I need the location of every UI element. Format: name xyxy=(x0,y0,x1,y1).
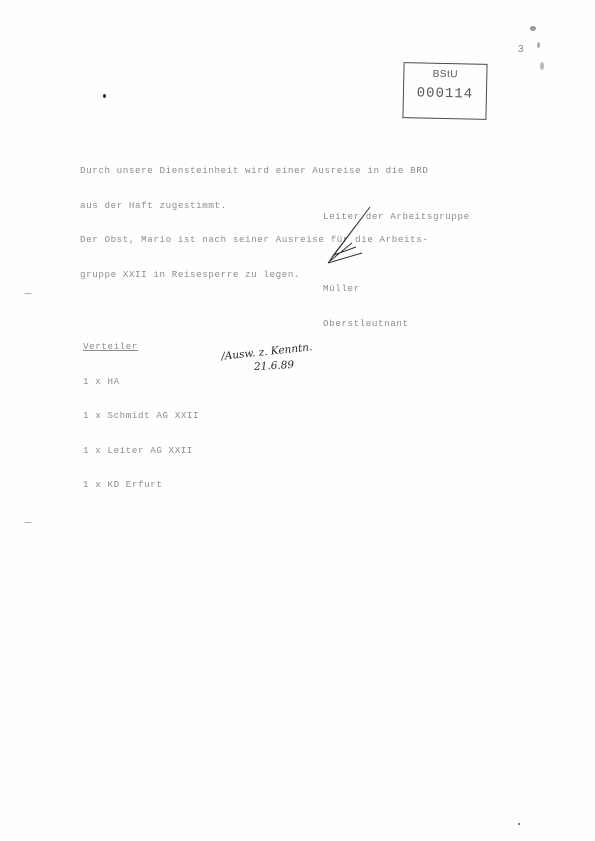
signer-name: Müller xyxy=(323,283,409,295)
document-page: 3 BStU 000114 Durch unsere Diensteinheit… xyxy=(0,0,595,841)
body-line: Der Obst, Mario ist nach seiner Ausreise… xyxy=(80,234,428,246)
distribution-list: Verteiler 1 x HA 1 x Schmidt AG XXII 1 x… xyxy=(83,318,199,514)
page-number: 3 xyxy=(518,44,524,55)
distribution-item: 1 x Leiter AG XXII xyxy=(83,445,199,457)
scan-speck xyxy=(540,62,544,70)
distribution-item: 1 x HA xyxy=(83,376,199,388)
distribution-item: 1 x Schmidt AG XXII xyxy=(83,410,199,422)
distribution-item: 1 x KD Erfurt xyxy=(83,479,199,491)
body-line: Durch unsere Diensteinheit wird einer Au… xyxy=(80,165,428,177)
scan-speck xyxy=(537,42,540,48)
punch-hole-mark xyxy=(23,522,33,525)
archive-stamp: BStU 000114 xyxy=(402,62,487,120)
handwritten-date: 21.6.89 xyxy=(254,359,295,373)
signature-scribble xyxy=(322,205,374,267)
body-line: aus der Haft zugestimmt. xyxy=(80,200,428,212)
distribution-heading: Verteiler xyxy=(83,341,199,353)
signature-block: Müller Oberstleutnant xyxy=(323,260,409,352)
signer-rank: Oberstleutnant xyxy=(323,318,409,330)
scan-speck xyxy=(518,823,520,825)
scan-speck xyxy=(103,94,106,98)
punch-hole-mark xyxy=(23,293,33,296)
scan-speck xyxy=(530,26,536,31)
stamp-organization: BStU xyxy=(404,68,486,81)
stamp-number: 000114 xyxy=(404,85,486,103)
